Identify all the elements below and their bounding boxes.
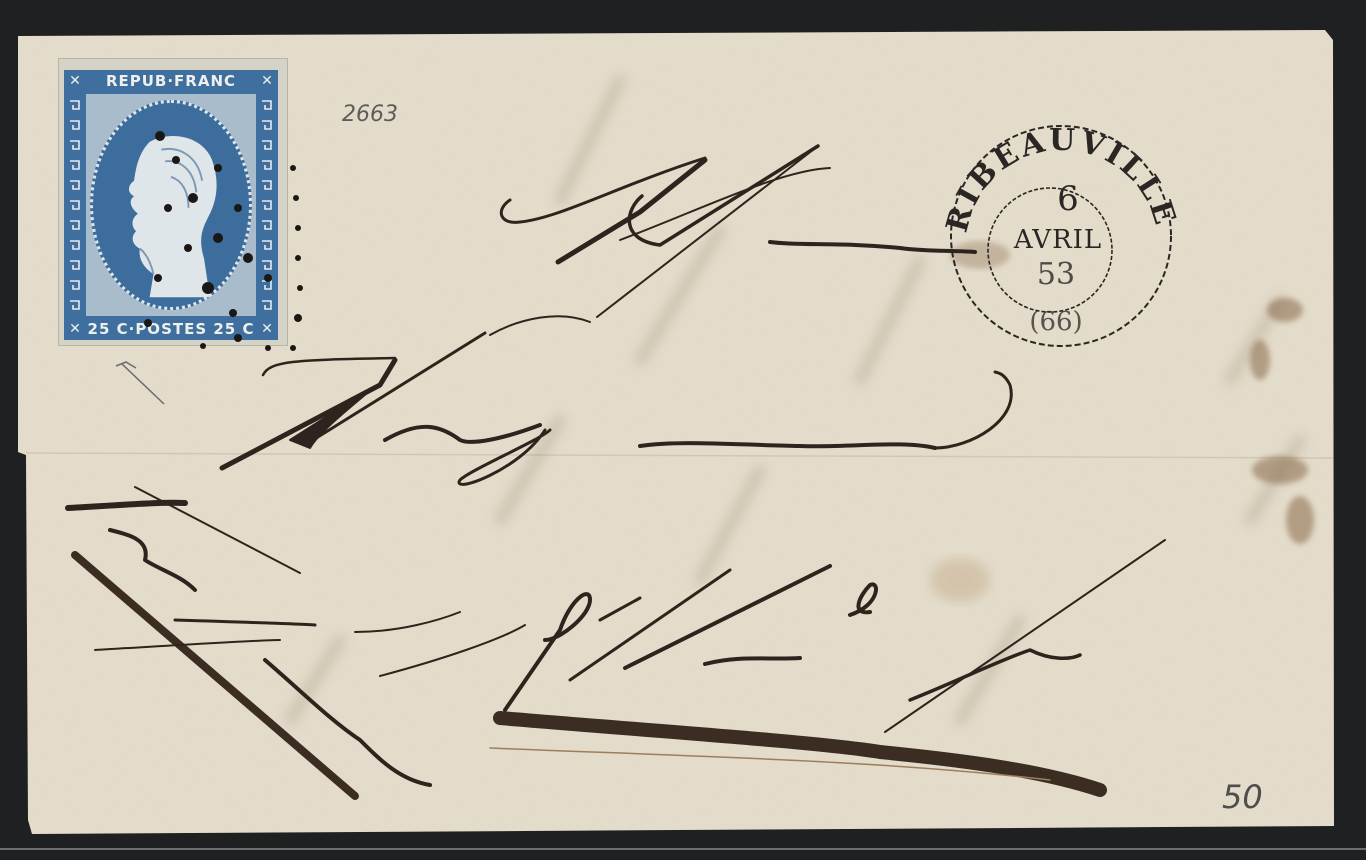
- postal-cover-photo: ✕ ✕ ✕ ✕ REPUB·FRANC 25 C·POSTES 25 C: [0, 0, 1366, 860]
- manuscript-address: .: [0, 0, 1366, 860]
